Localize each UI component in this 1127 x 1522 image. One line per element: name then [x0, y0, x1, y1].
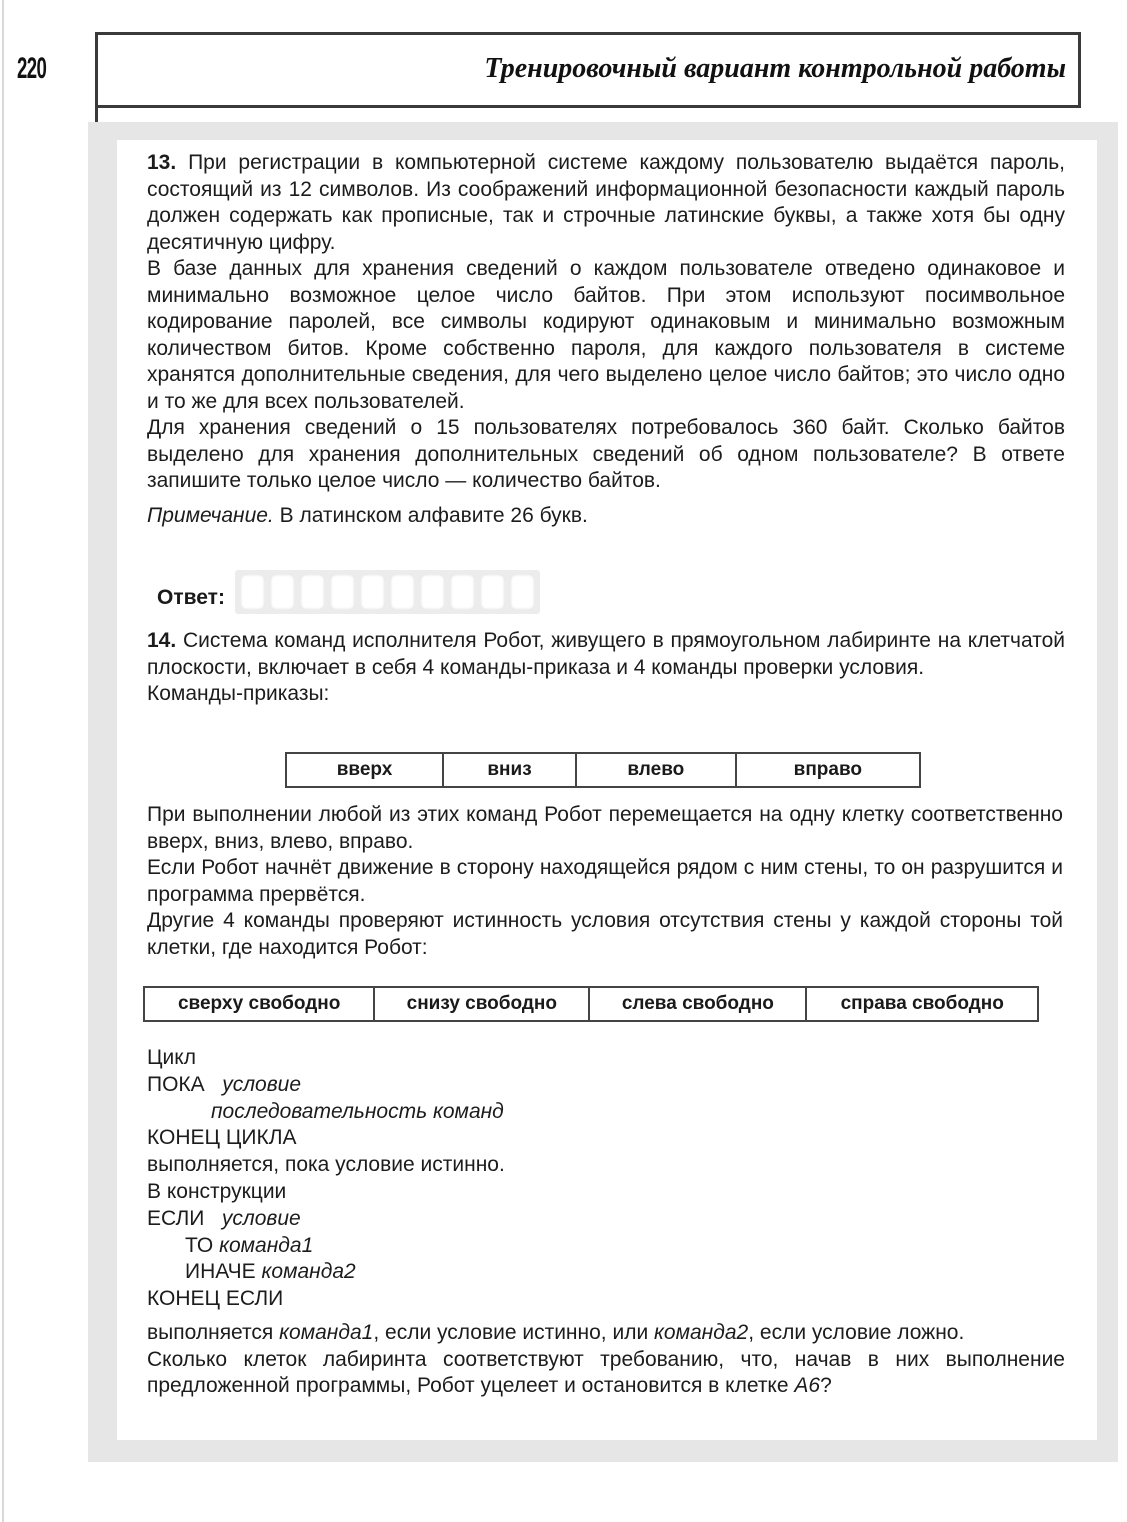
if-line-2: ТО команда1 [147, 1233, 1065, 1260]
if-line-4: КОНЕЦ ЕСЛИ [147, 1286, 1065, 1313]
checks-text: Другие 4 команды проверяют истинность ус… [147, 908, 1063, 961]
checks-table: сверху свободно снизу свободно слева сво… [143, 986, 1039, 1022]
order-left: влево [576, 753, 736, 787]
order-down: вниз [443, 753, 576, 787]
answer-label: Ответ: [157, 586, 225, 610]
check-down: снизу свободно [374, 987, 589, 1021]
move-text: При выполнении любой из этих команд Робо… [147, 802, 1063, 855]
page-edge-rule [2, 0, 4, 1522]
running-header: Тренировочный вариант контрольной работы [95, 32, 1081, 108]
task-14-intro: 14. Система команд исполнителя Робот, жи… [147, 628, 1065, 708]
task-14-question: выполняется команда1, если условие истин… [147, 1320, 1065, 1400]
task-13-para1: 13. При регистрации в компьютерной систе… [147, 150, 1065, 256]
page-number: 220 [17, 52, 46, 86]
loop-line-4: КОНЕЦ ЦИКЛА [147, 1125, 1065, 1152]
running-header-title: Тренировочный вариант контрольной работы [484, 53, 1066, 85]
answer-cell[interactable] [300, 574, 325, 610]
answer-cell[interactable] [510, 574, 535, 610]
order-right: вправо [736, 753, 920, 787]
loop-line-1: Цикл [147, 1045, 1065, 1072]
orders-label: Команды-приказы: [147, 681, 1065, 708]
wall-text: Если Робот начнёт движение в сторону нах… [147, 855, 1063, 908]
task-14-rules: При выполнении любой из этих команд Робо… [147, 802, 1063, 961]
answer-cell[interactable] [240, 574, 265, 610]
question-text: Сколько клеток лабиринта соответствуют т… [147, 1347, 1065, 1400]
answer-cell[interactable] [450, 574, 475, 610]
answer-input[interactable] [235, 570, 540, 614]
answer-cell[interactable] [420, 574, 445, 610]
loop-line-3: последовательность команд [147, 1099, 1065, 1126]
task-panel: 13. При регистрации в компьютерной систе… [117, 140, 1097, 1440]
check-up: сверху свободно [144, 987, 374, 1021]
algorithm-block: Цикл ПОКА условие последовательность ком… [147, 1045, 1065, 1313]
task-13: 13. При регистрации в компьютерной систе… [147, 150, 1065, 529]
task-13-note: Примечание. В латинском алфавите 26 букв… [147, 503, 1065, 530]
task-14-number: 14. [147, 629, 176, 652]
answer-cell[interactable] [390, 574, 415, 610]
task-13-number: 13. [147, 151, 176, 174]
if-line-1: ЕСЛИ условие [147, 1206, 1065, 1233]
answer-cell[interactable] [480, 574, 505, 610]
task-13-para3: Для хранения сведений о 15 пользователях… [147, 415, 1065, 495]
loop-line-5: выполняется, пока условие истинно. [147, 1152, 1065, 1179]
check-right: справа свободно [806, 987, 1038, 1021]
loop-line-2: ПОКА условие [147, 1072, 1065, 1099]
loop-line-6: В конструкции [147, 1179, 1065, 1206]
check-left: слева свободно [589, 987, 806, 1021]
answer-row: Ответ: [157, 570, 540, 614]
task-13-para2: В базе данных для хранения сведений о ка… [147, 256, 1065, 415]
orders-table: вверх вниз влево вправо [285, 752, 921, 788]
answer-cell[interactable] [360, 574, 385, 610]
exec-text: выполняется команда1, если условие истин… [147, 1320, 1065, 1347]
order-up: вверх [286, 753, 443, 787]
answer-cell[interactable] [330, 574, 355, 610]
answer-cell[interactable] [270, 574, 295, 610]
if-line-3: ИНАЧЕ команда2 [147, 1259, 1065, 1286]
